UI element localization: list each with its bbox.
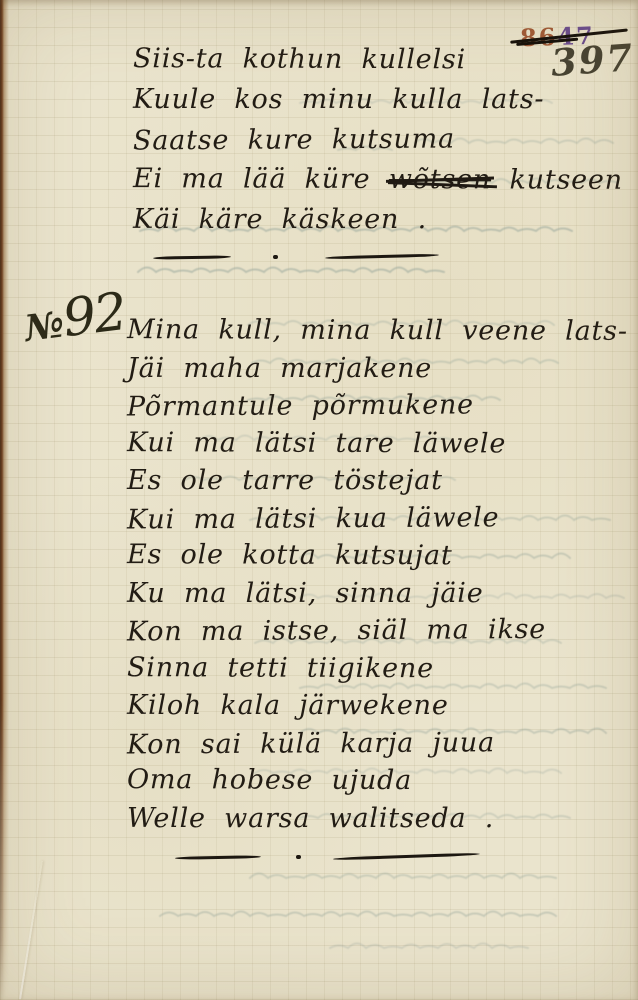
verse-line: Mina kull, mina kull veene lats-: [127, 311, 628, 350]
separator-dash: [175, 855, 261, 860]
verse-line: Kui ma lätsi tare läwele: [127, 424, 628, 463]
stanza-separator: [175, 852, 485, 864]
manuscript-page: 8647 397 Siis-ta kothun kullelsi Kuule k…: [0, 0, 638, 1000]
verse-line: Käi käre käskeen .: [133, 200, 623, 240]
entry-number-digits: 92: [60, 282, 129, 349]
verse-line: Saatse kure kutsuma: [133, 119, 623, 162]
verse-line: Welle warsa walitseda .: [127, 800, 628, 838]
verse-line: Sinna tetti tiigikene: [127, 649, 628, 688]
verse-text: kutseen: [509, 164, 623, 195]
stanza-separator: [153, 252, 453, 264]
verse-line: Ku ma lätsi, sinna jäie: [127, 575, 628, 613]
verse-text: Ei ma lää küre: [133, 163, 371, 195]
numero-sign: №: [22, 304, 66, 350]
separator-dash: [325, 254, 439, 260]
verse-line: Põrmantule põrmukene: [127, 385, 628, 426]
verse-line: Kiloh kala järwekene: [127, 687, 628, 725]
stanza-1: Siis-ta kothun kullelsi Kuule kos minu k…: [133, 40, 623, 240]
verse-line: Jäi maha marjakene: [127, 350, 628, 388]
separator-dot: [273, 255, 278, 260]
verse-line-with-correction: Ei ma lää küre wõtsen kutseen: [133, 159, 623, 201]
crossed-out-word: wõtsen: [389, 164, 491, 195]
page-binding-edge: [0, 0, 9, 1000]
verse-line: Kui ma lätsi kua läwele: [127, 498, 628, 539]
verse-line: Kon ma istse, siäl ma ikse: [127, 610, 628, 651]
verse-line: Kon sai külä karja juua: [127, 723, 628, 764]
verse-line: Siis-ta kothun kullelsi: [133, 39, 623, 81]
entry-number: №92: [21, 282, 129, 354]
separator-dash: [153, 255, 231, 260]
paper-crease: [19, 861, 43, 1000]
separator-dash: [333, 852, 480, 860]
verse-line: Es ole kotta kutsujat: [127, 536, 628, 575]
verse-line: Es ole tarre töstejat: [127, 462, 628, 500]
stanza-2: Mina kull, mina kull veene lats- Jäi mah…: [127, 312, 628, 837]
separator-dot: [296, 855, 301, 860]
verse-line: Oma hobese ujuda: [127, 761, 628, 800]
verse-line: Kuule kos minu kulla lats-: [133, 80, 623, 120]
